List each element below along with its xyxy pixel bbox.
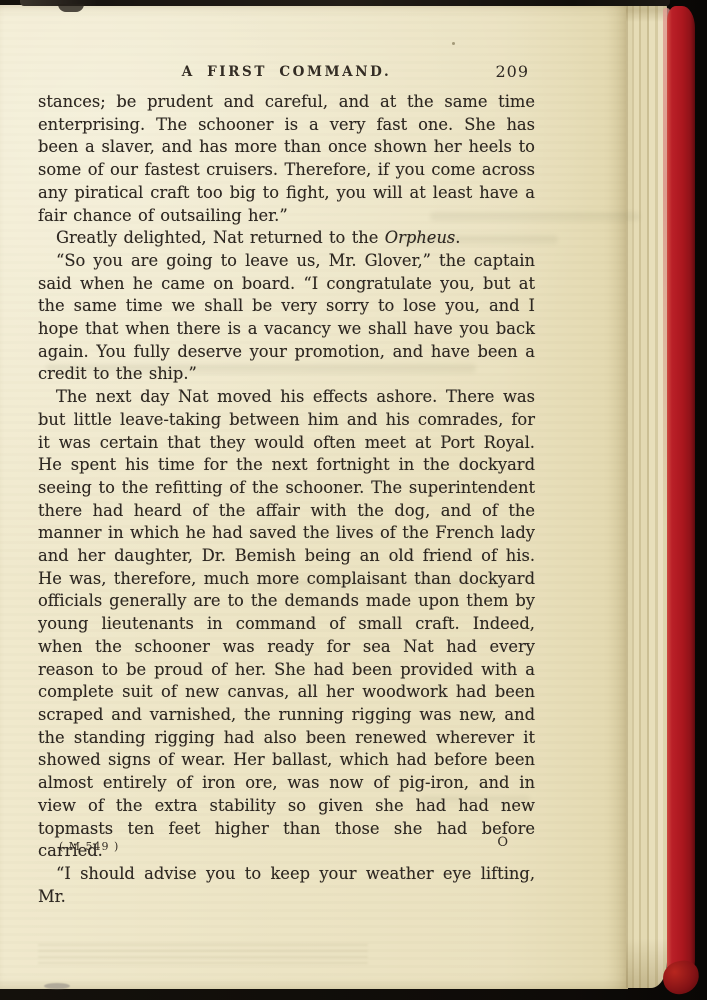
running-title: A FIRST COMMAND. bbox=[38, 64, 535, 80]
text-run: “I should advise you to keep your weathe… bbox=[38, 864, 535, 906]
text-run: The next day Nat moved his effects ashor… bbox=[38, 387, 535, 860]
book-photo: A FIRST COMMAND. 209 stances; be prudent… bbox=[0, 0, 707, 1000]
body-text: stances; be prudent and careful, and at … bbox=[38, 91, 535, 908]
signature-mark: O bbox=[497, 835, 508, 850]
page-fore-edge bbox=[626, 4, 667, 988]
paragraph: The next day Nat moved his effects ashor… bbox=[38, 386, 535, 863]
page-header: A FIRST COMMAND. 209 bbox=[38, 64, 535, 82]
page-number: 209 bbox=[495, 62, 529, 81]
paragraph: Greatly delighted, Nat returned to the O… bbox=[38, 227, 535, 250]
page-footer: ( M 549 ) O bbox=[38, 835, 535, 855]
paragraph: “I should advise you to keep your weathe… bbox=[38, 863, 535, 908]
text-run: . bbox=[455, 228, 460, 247]
ship-name-italic: Orpheus bbox=[385, 228, 456, 247]
text-column: A FIRST COMMAND. 209 stances; be prudent… bbox=[38, 0, 535, 1000]
text-run: Greatly delighted, Nat returned to the bbox=[56, 228, 385, 247]
paragraph: “So you are going to leave us, Mr. Glove… bbox=[38, 250, 535, 386]
book-cover-edge bbox=[667, 6, 695, 986]
paragraph: stances; be prudent and careful, and at … bbox=[38, 91, 535, 227]
printer-mark: ( M 549 ) bbox=[59, 840, 119, 853]
text-run: “So you are going to leave us, Mr. Glove… bbox=[38, 251, 535, 384]
text-run: stances; be prudent and careful, and at … bbox=[38, 92, 535, 225]
